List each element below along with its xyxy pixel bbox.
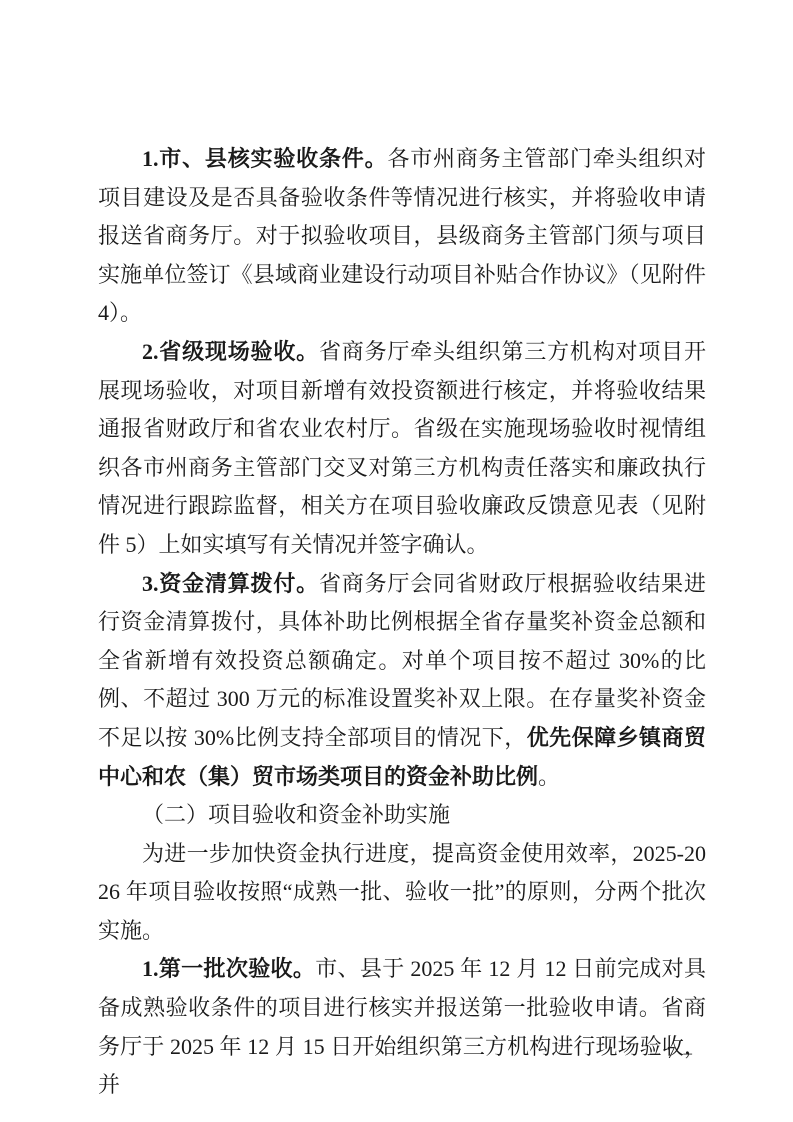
section-heading-acceptance-implementation: （二）项目验收和资金补助实施 <box>98 796 706 835</box>
paragraph-funds-lead: 3.资金清算拨付。 <box>142 571 319 596</box>
paragraph-two-batches: 为进一步加快资金执行进度，提高资金使用效率，2025-2026 年项目验收按照“… <box>98 835 706 951</box>
paragraph-provincial-acceptance: 2.省级现场验收。省商务厅牵头组织第三方机构对项目开展现场验收，对项目新增有效投… <box>98 333 706 565</box>
paragraph-verify-conditions: 1.市、县核实验收条件。各市州商务主管部门牵头组织对项目建设及是否具备验收条件等… <box>98 140 706 333</box>
document-page: 1.市、县核实验收条件。各市州商务主管部门牵头组织对项目建设及是否具备验收条件等… <box>0 0 793 1122</box>
document-body: 1.市、县核实验收条件。各市州商务主管部门牵头组织对项目建设及是否具备验收条件等… <box>98 140 706 1105</box>
paragraph-provincial-text: 省商务厅牵头组织第三方机构对项目开展现场验收，对项目新增有效投资额进行核定，并将… <box>98 339 706 557</box>
page-number: – 7 – <box>650 1042 694 1064</box>
paragraph-verify-text: 各市州商务主管部门牵头组织对项目建设及是否具备验收条件等情况进行核实，并将验收申… <box>98 146 706 325</box>
paragraph-first-batch-lead: 1.第一批次验收。 <box>142 956 315 981</box>
paragraph-provincial-lead: 2.省级现场验收。 <box>142 339 319 364</box>
paragraph-fund-settlement: 3.资金清算拨付。省商务厅会同省财政厅根据验收结果进行资金清算拨付，具体补助比例… <box>98 565 706 797</box>
paragraph-verify-lead: 1.市、县核实验收条件。 <box>142 146 387 171</box>
paragraph-funds-text: 省商务厅会同省财政厅根据验收结果进行资金清算拨付，具体补助比例根据全省存量奖补资… <box>98 571 706 750</box>
paragraph-funds-period: 。 <box>538 764 560 789</box>
paragraph-first-batch: 1.第一批次验收。市、县于 2025 年 12 月 12 日前完成对具备成熟验收… <box>98 950 706 1104</box>
